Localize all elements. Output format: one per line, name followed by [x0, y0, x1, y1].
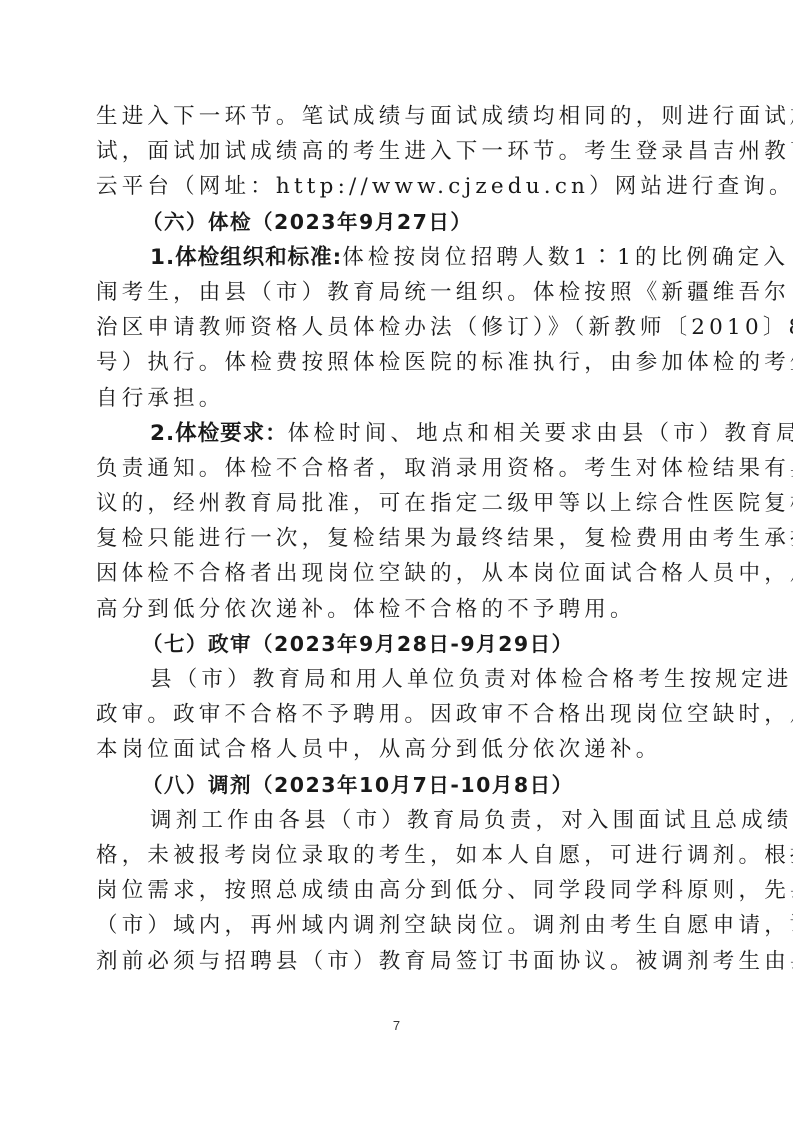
- section-heading-political-review: （七）政审（2023年9月28日-9月29日）: [96, 627, 698, 662]
- item-lead-exam-standard: 1.体检组织和标准:: [150, 245, 342, 270]
- item-text: 体检时间、地点和相关要求由县（市）教育局: [288, 421, 793, 446]
- item-lead-exam-requirements: 2.体检要求：: [150, 421, 288, 446]
- paragraph-line: 因体检不合格者出现岗位空缺的，从本岗位面试合格人员中，从: [96, 556, 698, 591]
- paragraph-line: 格，未被报考岗位录取的考生，如本人自愿，可进行调剂。根据: [96, 838, 698, 873]
- paragraph-line: 2.体检要求：体检时间、地点和相关要求由县（市）教育局: [96, 416, 698, 451]
- paragraph-line: 高分到低分依次递补。体检不合格的不予聘用。: [96, 592, 698, 627]
- section-heading-physical-exam: （六）体检（2023年9月27日）: [96, 205, 698, 240]
- paragraph-line: 本岗位面试合格人员中，从高分到低分依次递补。: [96, 732, 698, 767]
- paragraph-line: 生进入下一环节。笔试成绩与面试成绩均相同的，则进行面试加: [96, 99, 698, 134]
- paragraph-line: 闱考生，由县（市）教育局统一组织。体检按照《新疆维吾尔自: [96, 275, 698, 310]
- paragraph-line: 岗位需求，按照总成绩由高分到低分、同学段同学科原则，先县: [96, 873, 698, 908]
- paragraph-line: 县（市）教育局和用人单位负责对体检合格考生按规定进行: [96, 662, 698, 697]
- paragraph-line: 试，面试加试成绩高的考生进入下一环节。考生登录昌吉州教育: [96, 134, 698, 169]
- document-page: 生进入下一环节。笔试成绩与面试成绩均相同的，则进行面试加 试，面试加试成绩高的考…: [96, 99, 698, 979]
- paragraph-line: （市）域内，再州域内调剂空缺岗位。调剂由考生自愿申请，调: [96, 908, 698, 943]
- paragraph-line: 云平台（网址：http://www.cjzedu.cn）网站进行查询。: [96, 169, 698, 204]
- paragraph-line: 议的，经州教育局批准，可在指定二级甲等以上综合性医院复检，: [96, 486, 698, 521]
- paragraph-line: 政审。政审不合格不予聘用。因政审不合格出现岗位空缺时，从: [96, 697, 698, 732]
- paragraph-line: 号）执行。体检费按照体检医院的标准执行，由参加体检的考生: [96, 345, 698, 380]
- paragraph-line: 复检只能进行一次，复检结果为最终结果，复检费用由考生承担。: [96, 521, 698, 556]
- paragraph-line: 负责通知。体检不合格者，取消录用资格。考生对体检结果有异: [96, 451, 698, 486]
- section-heading-adjustment: （八）调剂（2023年10月7日-10月8日）: [96, 768, 698, 803]
- paragraph-line: 自行承担。: [96, 381, 698, 416]
- paragraph-line: 调剂工作由各县（市）教育局负责，对入围面试且总成绩合: [96, 803, 698, 838]
- paragraph-line: 治区申请教师资格人员体检办法（修订）》（新教师〔2010〕8: [96, 310, 698, 345]
- paragraph-line: 剂前必须与招聘县（市）教育局签订书面协议。被调剂考生由县: [96, 944, 698, 979]
- item-text: 体检按岗位招聘人数1∶1的比例确定入: [342, 245, 789, 270]
- paragraph-line: 1.体检组织和标准:体检按岗位招聘人数1∶1的比例确定入: [96, 240, 698, 275]
- page-number: 7: [0, 1018, 793, 1033]
